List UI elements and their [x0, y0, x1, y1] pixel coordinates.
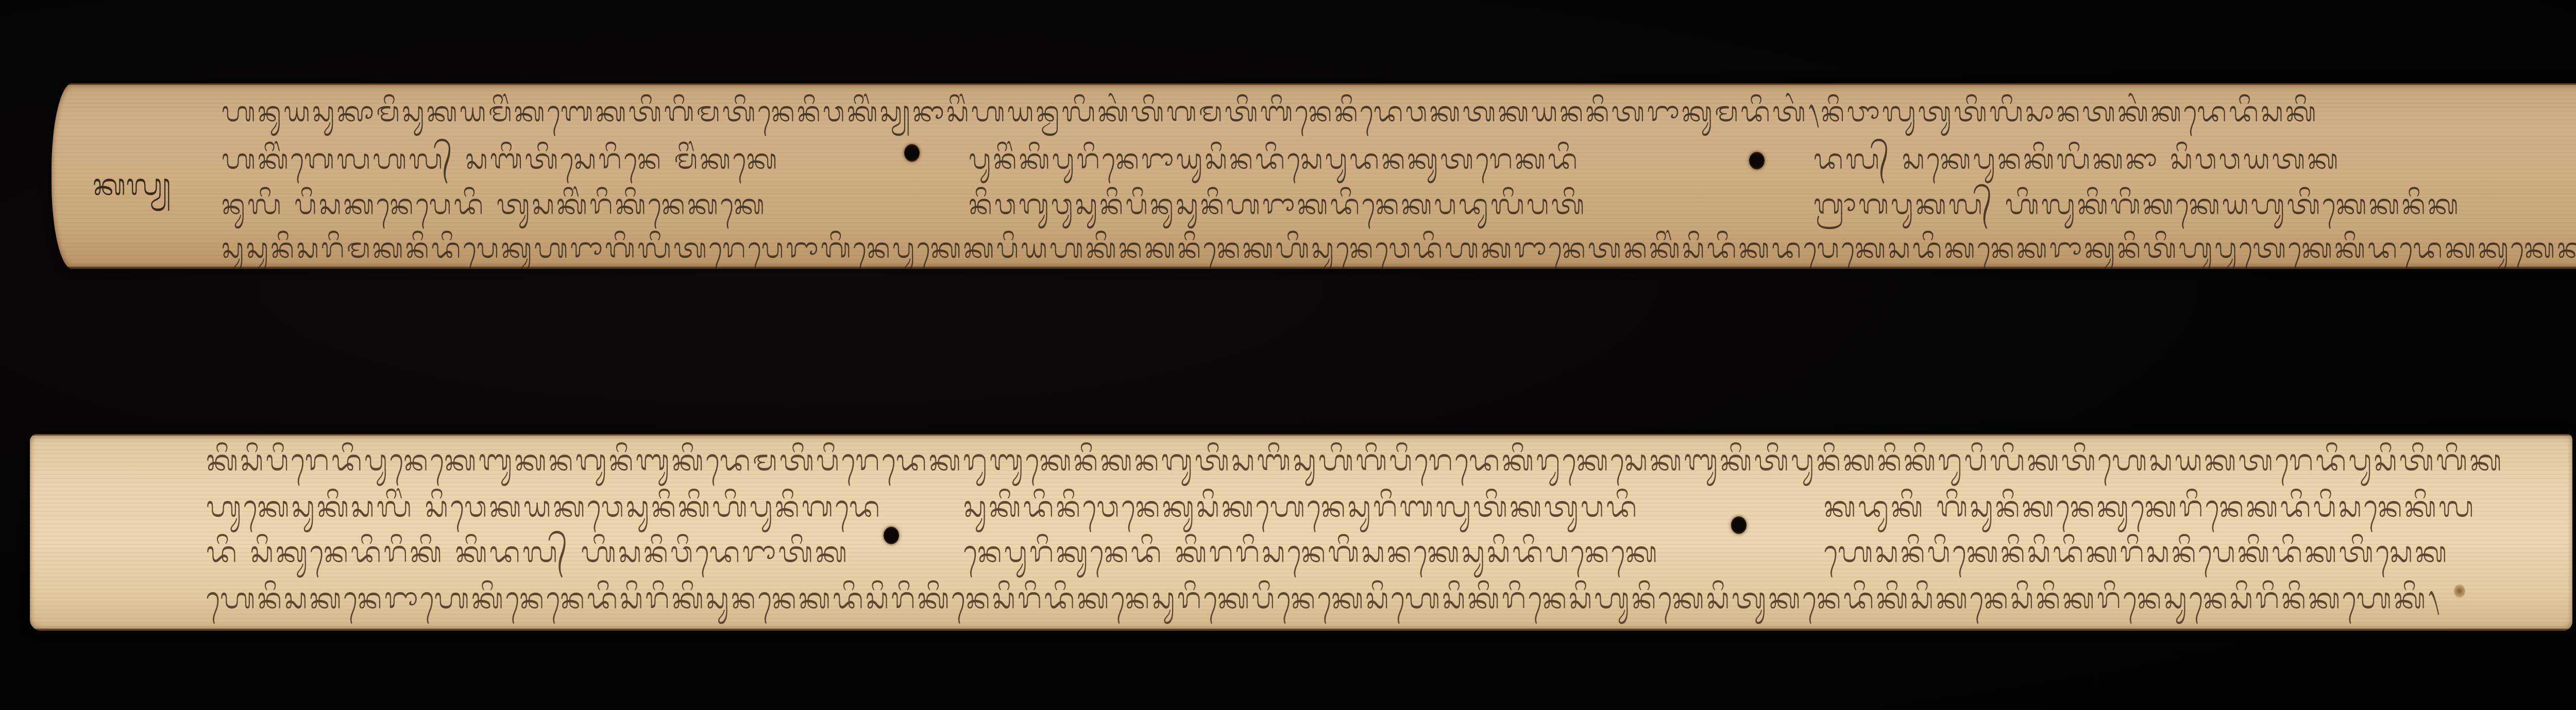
binding-hole: [884, 527, 899, 544]
script-line: ᬳᬾᬦᬶᬲᬓᬦᬾᬭᬵᬳᬾᬓᬶᬦᬾᬦᬾᬤᬶᬲᬶᬭᬶᬓᬶᬲᬸᬦᬦᬾᬓᬤᬶᬲᬶᬭᬶᬓᬶ…: [206, 584, 2441, 613]
script-line: ᬧᬸᬦᬶᬂᬓᬶᬧᬸᬭᬶᬦᬾᬭᬵᬬᬸᬲᬶᬦᬤᬶᬲᬾᬧᬸᬤᬦᬓᬸᬢᬭᬾᬓᬤᬶ: [969, 145, 1580, 173]
script-line: ᬲᬸᬲᬸᬦᬶᬲᬭᬶᬫᬓᬦᬶᬤᬶᬧᬾᬓᬸᬳᬭᬵᬕᬶᬮᬶᬢᬭᬾᬧᬾᬭᬵᬕᬶᬦᬾᬧᬸᬓ…: [222, 234, 2576, 262]
script-line: ᬦᬾᬧᬸᬭᬶᬓᬸᬦᬾᬤᬶ ᬓᬶᬭᬭᬶᬲᬦᬾᬕᬶᬲᬦᬓᬾᬲᬸᬲᬶᬤᬶᬧᬦᬾᬓᬾ: [963, 538, 1659, 567]
binding-hole: [1749, 152, 1765, 169]
script-line: ᬳᬦᬸᬬᬲᬸᬓᬵᬫᬶᬲᬸᬓᬬᬫᬶᬂᬓᬩᬾᬓᬢᬶᬕᬶᬫᬢᬶᬦᬾᬦᬶᬯᬓᬶᬂᬲ᭄ᬬᬦ…: [222, 98, 2318, 126]
script-line: ᬓᬤᬸᬓᬶ ᬕᬶᬲᬸᬦᬶᬓᬦᬾᬓᬸᬓᬾᬭᬶᬦᬾᬓᬤᬶᬧᬶᬲᬦᬾᬓᬶᬮ: [1824, 493, 2476, 522]
script-line: ᬳᬸᬓᬾᬲᬸᬓᬶᬲᬮᬶᬂ ᬲᬶᬯᬾᬓᬬᬓᬯᬾᬲᬸᬦᬶᬓᬶᬳᬶᬧᬸᬦᬶᬕᬤᬾ: [206, 493, 882, 522]
script-line: ᬓᬶᬲᬶᬧᬶᬭᬾᬤᬶᬧᬸᬦᬾᬓᬾᬩᬸᬓᬦᬕᬸᬦᬶᬩᬸᬓᬶᬤᬾᬫᬢᬶᬧᬶᬭᬾᬤᬾᬓ…: [206, 446, 2504, 475]
photo-stage: ᬓᬮ᭄ᬬ ᬳᬦᬸᬬᬲᬸᬓᬵᬫᬶᬲᬸᬓᬬᬫᬶᬂᬓᬩᬾᬓᬢᬶᬕᬶᬫᬢᬶᬦᬾᬦᬶᬯᬓᬶ…: [0, 0, 2576, 710]
script-line: ᬳᬾᬲᬦᬶᬧᬶᬓᬾᬦᬶᬲᬶᬤᬶᬓᬭᬶᬲᬦᬶᬧᬾᬓᬶᬤᬶᬓᬢᬶᬲᬾᬓ: [1824, 538, 2449, 567]
script-line: ᬳᬓᬶᬂᬕᬾᬮᬳᬮ᭄ ᬲᬩᬶᬢᬶᬲᬾᬭᬶᬦᬾ ᬫᬶᬂᬓᬓᬾ: [222, 145, 779, 173]
ink-stain: [2454, 584, 2465, 598]
script-line: ᬕ᭄ᬭᬵᬕᬧᬸᬓᬮ᭄ ᬳᬶᬮᬸᬓᬶᬕᬶᬓᬓᬾᬬᬳᬸᬢᬶᬓᬾᬓᬦᬶᬓ: [1814, 191, 2461, 218]
palm-leaf-bottom: ᬓᬶᬲᬶᬧᬶᬭᬾᬤᬶᬧᬸᬦᬾᬓᬾᬩᬸᬓᬦᬕᬸᬦᬶᬩᬸᬓᬶᬤᬾᬫᬢᬶᬧᬶᬭᬾᬤᬾᬓ…: [30, 434, 2572, 631]
script-line: ᬦᬶᬯᬕᬸᬯᬸᬲᬸᬦᬶᬧᬶᬦᬸᬲᬸᬦᬶᬳᬭᬵᬓᬤᬶᬦᬾᬓᬧᬤᬸᬮᬶᬧᬢᬶ: [969, 191, 1587, 218]
folio-marker: ᬓᬮ᭄ᬬ: [93, 163, 171, 217]
script-line: ᬲᬸᬓᬶᬤᬶᬦᬶᬯᬾᬦᬾᬓᬸᬲᬶᬓᬳᬾᬦᬾᬲᬸᬭᬶᬩᬮᬸᬢᬶᬓᬢᬸᬧᬤᬶ: [963, 493, 1639, 522]
script-line: ᬦᬸᬮᬶ ᬧᬶᬲᬓᬦᬾᬧᬾᬤᬶ ᬢᬸᬲᬓᬶᬂᬭᬶᬓᬶᬦᬾᬓᬓᬾ: [222, 191, 767, 218]
script-line: ᬤᬶ ᬲᬶᬓᬸᬦᬾᬤᬶᬭᬶᬓᬶ ᬓᬶᬤᬮ᭄ ᬳᬶᬲᬦᬶᬯᬶᬤᬾᬭᬵᬢᬶᬓ: [206, 538, 849, 567]
palm-leaf-top: ᬓᬮ᭄ᬬ ᬳᬦᬸᬬᬲᬸᬓᬵᬫᬶᬲᬸᬓᬬᬫᬶᬂᬓᬩᬾᬓᬢᬶᬕᬶᬫᬢᬶᬦᬾᬦᬶᬯᬓᬶ…: [52, 83, 2576, 269]
binding-hole: [1731, 516, 1747, 534]
script-line: ᬤᬮ᭄ ᬲᬓᬾᬧᬸᬦᬓᬶᬮᬶᬓᬦᬵ ᬲᬶᬯᬯᬬᬢᬓ: [1814, 145, 2340, 173]
binding-hole: [904, 144, 920, 162]
